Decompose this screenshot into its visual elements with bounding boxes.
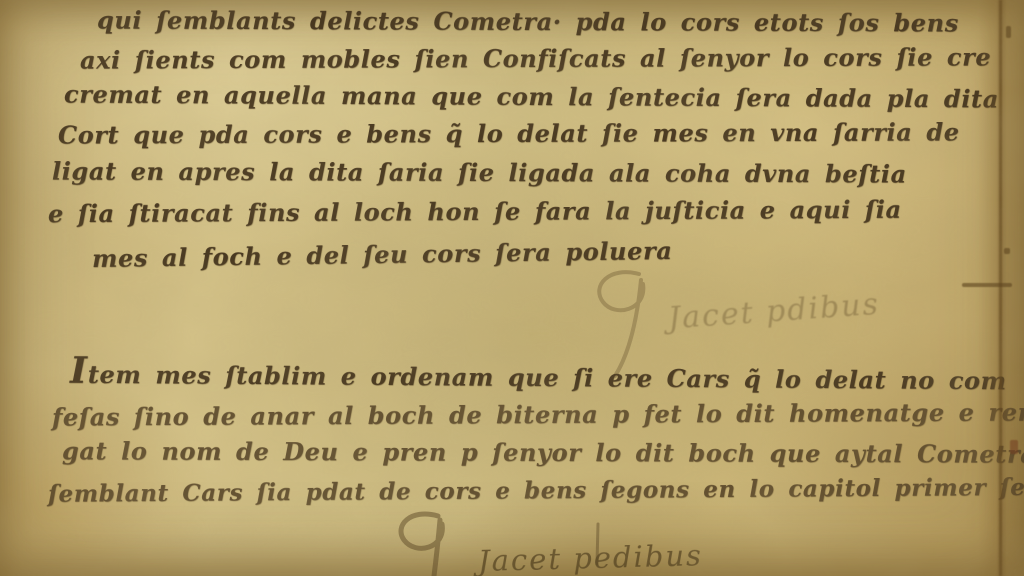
ink-dash <box>962 283 1012 287</box>
manuscript-line-2: axi ſients com mobles ſien Confiſcats al… <box>80 42 991 74</box>
ink-blot-red <box>1010 440 1018 454</box>
binding-fold-line <box>999 0 1002 576</box>
manuscript-line-10: gat lo nom de Deu e pren p ſenyor lo dit… <box>62 436 1024 468</box>
manuscript-line-3: cremat en aquella mana que com la ſentec… <box>64 80 999 114</box>
parchment-page: qui ſemblants delictes Cometra· pda lo c… <box>0 0 1024 576</box>
manuscript-line-7: mes al foch e del ſeu cors ſera poluera <box>92 236 673 273</box>
manuscript-line-5: ligat en apres la dita ſaria ſie ligada … <box>52 157 907 189</box>
manuscript-line-1: qui ſemblants delictes Cometra· pda lo c… <box>97 5 959 37</box>
manuscript-line-9: feſas ſino de anar al boch de biterna p … <box>52 397 1024 431</box>
ink-dot <box>1004 248 1010 254</box>
manuscript-line-4: Cort que pda cors e bens q̃ lo delat ſie… <box>58 117 960 149</box>
manuscript-line-11: ſemblant Cars ſia pdat de cors e bens ſe… <box>48 473 1024 508</box>
manuscript-line-8: Item mes ſtablim e ordenam que ſi ere Ca… <box>70 360 1007 396</box>
ink-blot <box>1006 26 1011 38</box>
manuscript-line-6: e ſia ſtiracat fins al loch hon ſe fara … <box>48 195 902 228</box>
signature-flourish-text-bottom: Jacet pedibus <box>478 538 704 576</box>
signature-flourish-text: Jacet pdibus <box>667 287 881 337</box>
pen-flourish-bottom <box>388 508 478 576</box>
